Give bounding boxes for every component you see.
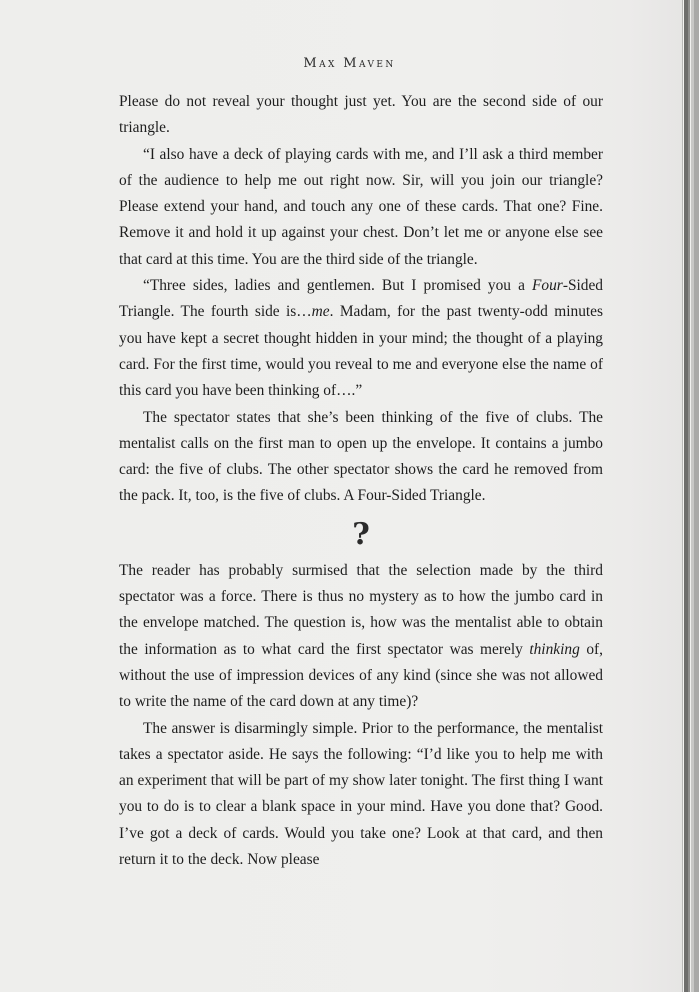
paragraph-6: The answer is disarmingly simple. Prior …	[119, 716, 603, 874]
body-text: Please do not reveal your thought just y…	[119, 89, 603, 873]
paragraph-3-part-1: “Three sides, ladies and gentlemen. But …	[143, 277, 532, 294]
running-head: Max Maven	[0, 56, 699, 71]
paragraph-3: “Three sides, ladies and gentlemen. But …	[119, 273, 603, 404]
paragraph-2: “I also have a deck of playing cards wit…	[119, 142, 603, 273]
paragraph-5: The reader has probably surmised that th…	[119, 558, 603, 716]
paragraph-1: Please do not reveal your thought just y…	[119, 89, 603, 142]
book-page: Max Maven Please do not reveal your thou…	[0, 0, 682, 992]
book-spine-edge	[682, 0, 699, 992]
question-mark-ornament-icon: ?	[119, 520, 603, 550]
emphasis-me: me	[312, 303, 330, 320]
emphasis-thinking: thinking	[529, 641, 579, 658]
paragraph-4: The spectator states that she’s been thi…	[119, 405, 603, 510]
emphasis-four: Four	[532, 277, 563, 294]
